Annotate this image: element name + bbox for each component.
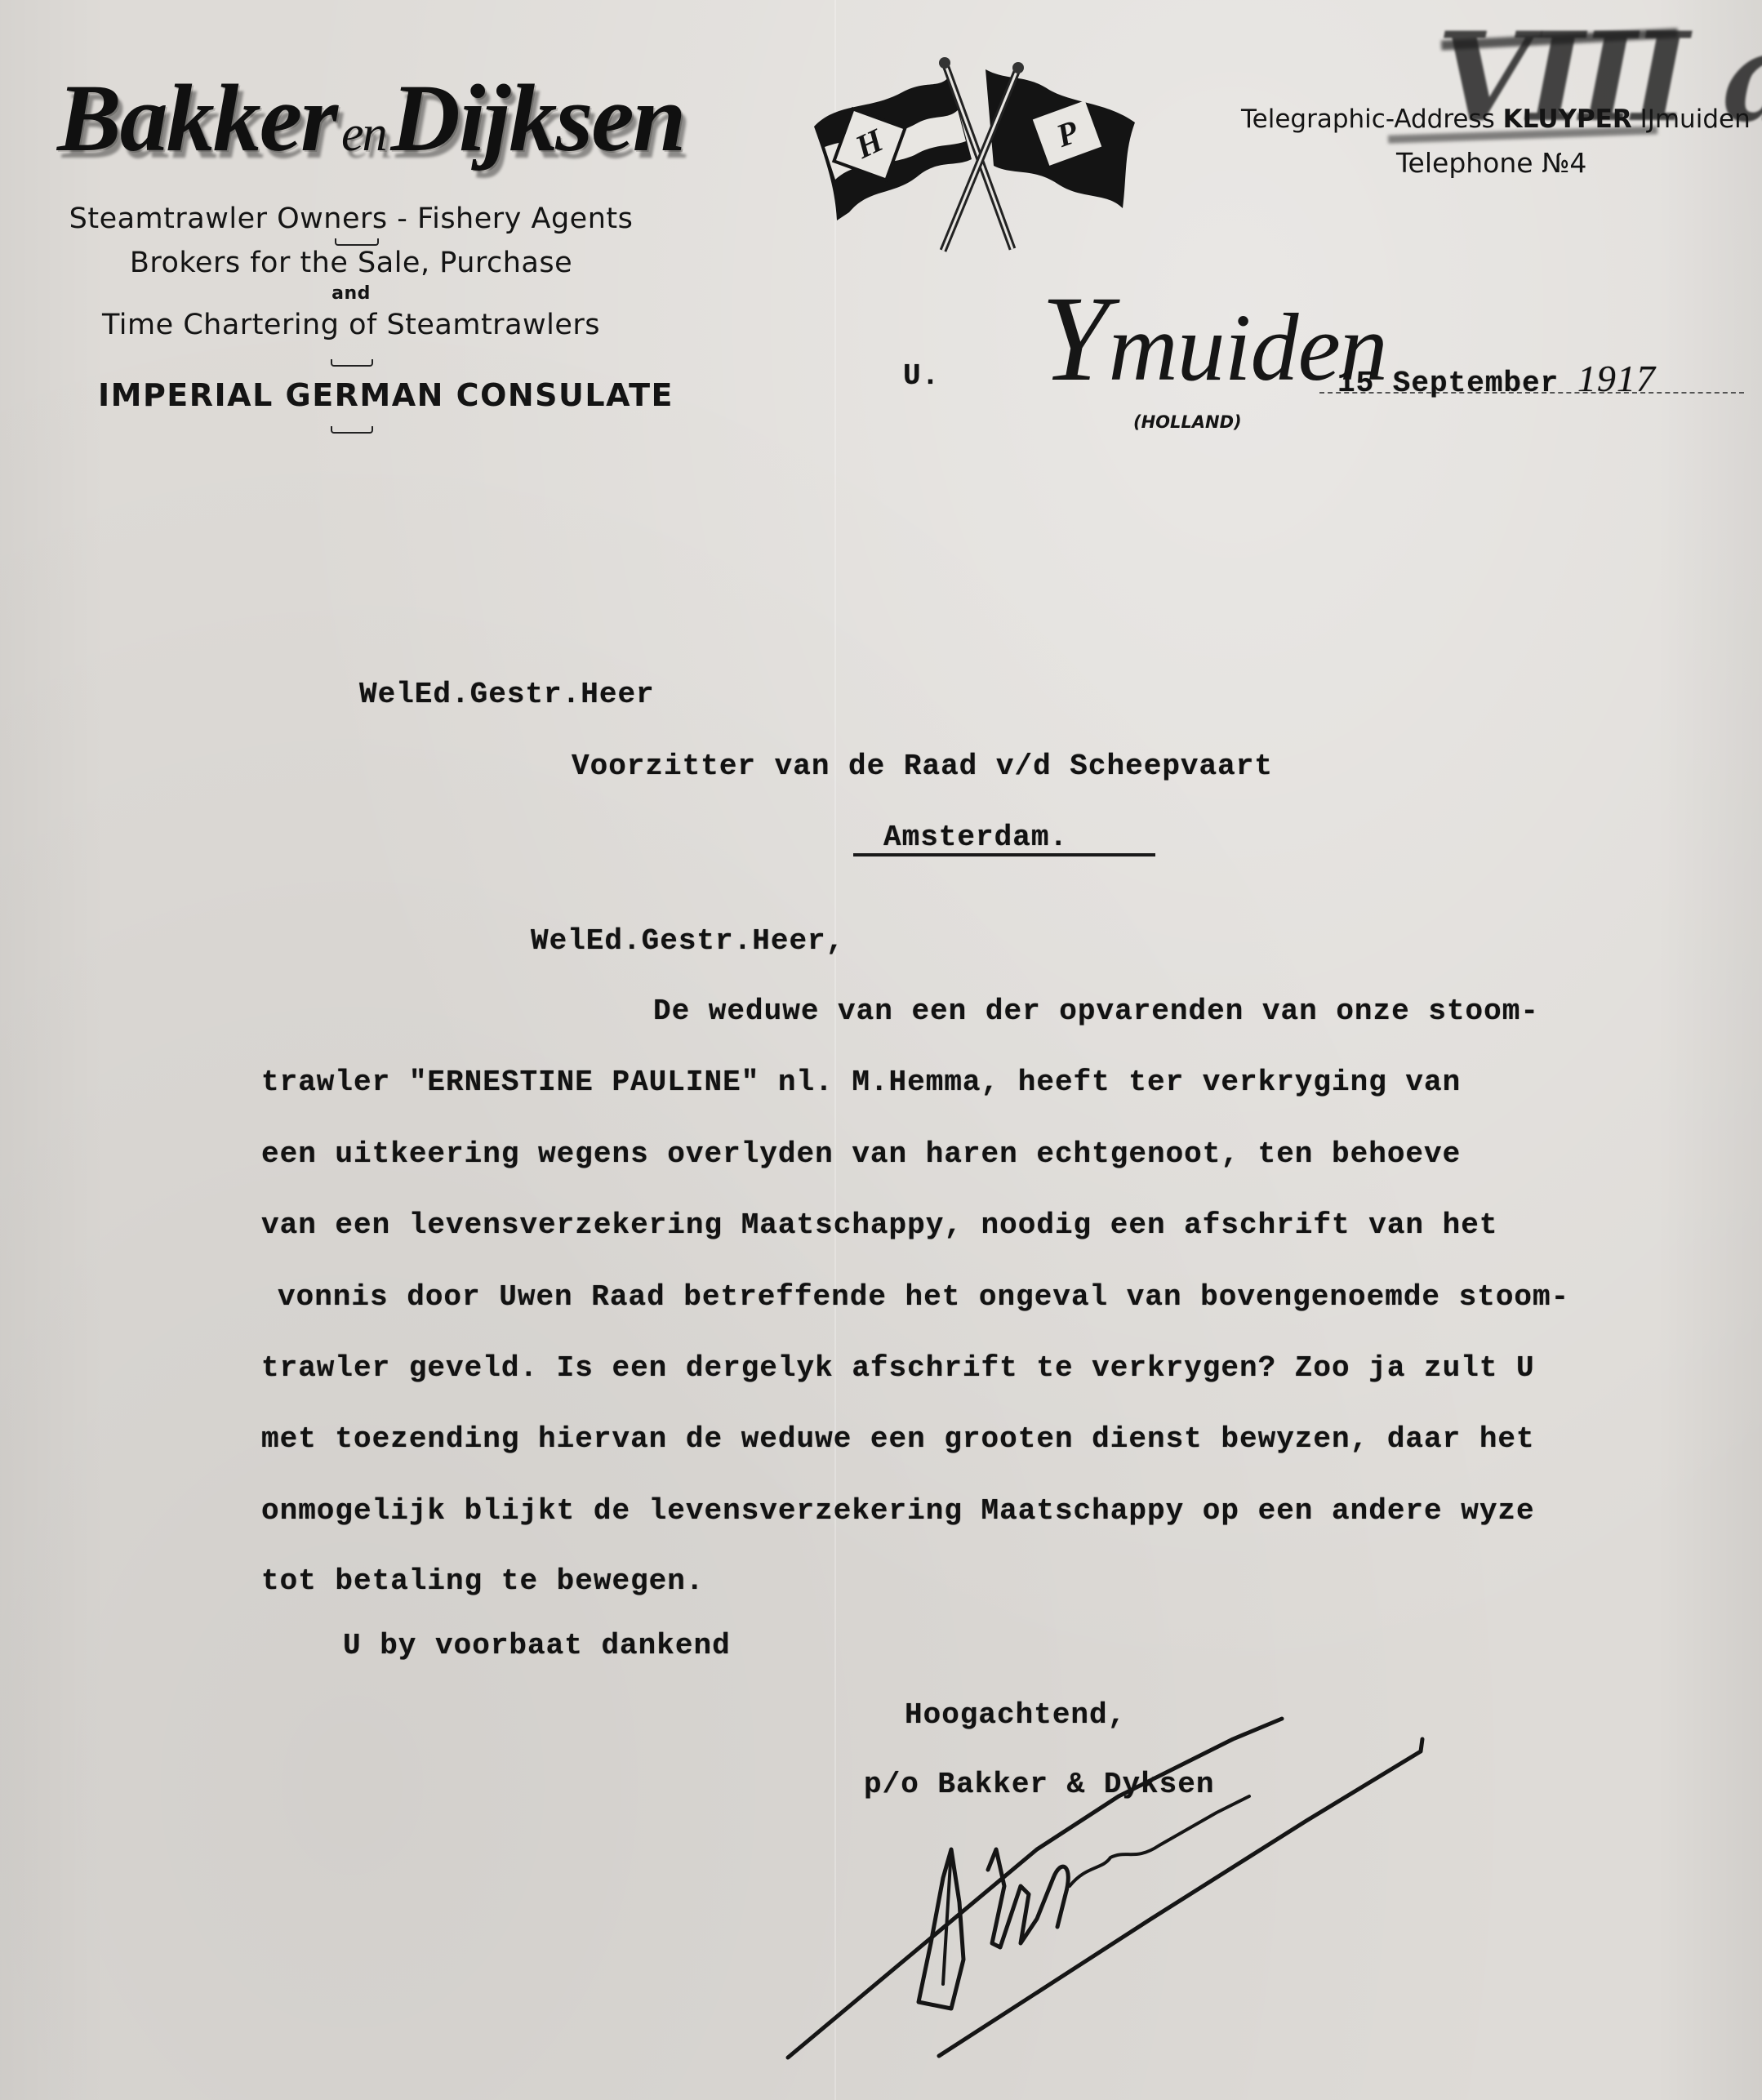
addressee-city: Amsterdam. bbox=[883, 821, 1068, 854]
tagline-time-chartering: Time Chartering of Steamtrawlers bbox=[65, 309, 637, 341]
date-day-month: 15 September bbox=[1337, 367, 1559, 400]
body-line: een uitkeering wegens overlyden van hare… bbox=[261, 1137, 1461, 1171]
telegraphic-code: KLUYPER bbox=[1503, 105, 1632, 134]
company-name-part1: Bakker bbox=[57, 65, 336, 171]
ornament-bracket bbox=[335, 238, 379, 246]
company-name-connector: en bbox=[341, 106, 386, 162]
tagline-owners-agents: Steamtrawler Owners - Fishery Agents bbox=[65, 202, 637, 235]
body-line: trawler geveld. Is een dergelyk afschrif… bbox=[261, 1351, 1535, 1385]
telephone-number: Telephone №4 bbox=[1396, 147, 1586, 179]
date-year: 1917 bbox=[1577, 358, 1656, 399]
country-label: (HOLLAND) bbox=[1133, 412, 1242, 432]
body-line: tot betaling te bewegen. bbox=[261, 1564, 704, 1598]
body-line: vonnis door Uwen Raad betreffende het on… bbox=[278, 1280, 1569, 1314]
telegraphic-label: Telegraphic-Address bbox=[1241, 105, 1495, 134]
addressee-honorific: WelEd.Gestr.Heer bbox=[359, 678, 655, 711]
body-line: trawler "ERNESTINE PAULINE" nl. M.Hemma,… bbox=[261, 1066, 1461, 1099]
salutation: WelEd.Gestr.Heer, bbox=[531, 924, 844, 958]
body-line: onmogelijk blijkt de levensverzekering M… bbox=[261, 1494, 1535, 1528]
handwritten-signature-icon bbox=[776, 1674, 1445, 2082]
telegraphic-address: Telegraphic-Address KLUYPER IJmuiden bbox=[1241, 105, 1751, 134]
ornament-bracket bbox=[331, 359, 373, 367]
date-prefix: U. bbox=[903, 359, 940, 393]
tagline-and: and bbox=[65, 283, 637, 304]
letter-date: 15 September 1917 bbox=[1337, 357, 1656, 400]
company-name-logotype: BakkerenDijksen bbox=[57, 57, 743, 180]
addressee-title: Voorzitter van de Raad v/d Scheepvaart bbox=[572, 750, 1273, 783]
telegraphic-city: IJmuiden bbox=[1640, 105, 1751, 134]
consulate-title: IMPERIAL GERMAN CONSULATE bbox=[98, 377, 629, 413]
crossed-flags-icon: H P bbox=[804, 45, 1143, 257]
ornament-bracket bbox=[331, 426, 373, 434]
company-name-part2: Dijksen bbox=[391, 65, 685, 171]
body-line: met toezending hiervan de weduwe een gro… bbox=[261, 1422, 1535, 1456]
date-city: Ymuiden bbox=[1041, 286, 1387, 401]
printer-imprint: ​ bbox=[20, 184, 31, 363]
thanks-line: U by voorbaat dankend bbox=[343, 1629, 731, 1662]
body-line: De weduwe van een der opvarenden van onz… bbox=[653, 994, 1539, 1028]
tagline-brokers: Brokers for the Sale, Purchase bbox=[65, 247, 637, 279]
body-line: van een levensverzekering Maatschappy, n… bbox=[261, 1208, 1497, 1242]
addressee-underline bbox=[853, 853, 1155, 856]
